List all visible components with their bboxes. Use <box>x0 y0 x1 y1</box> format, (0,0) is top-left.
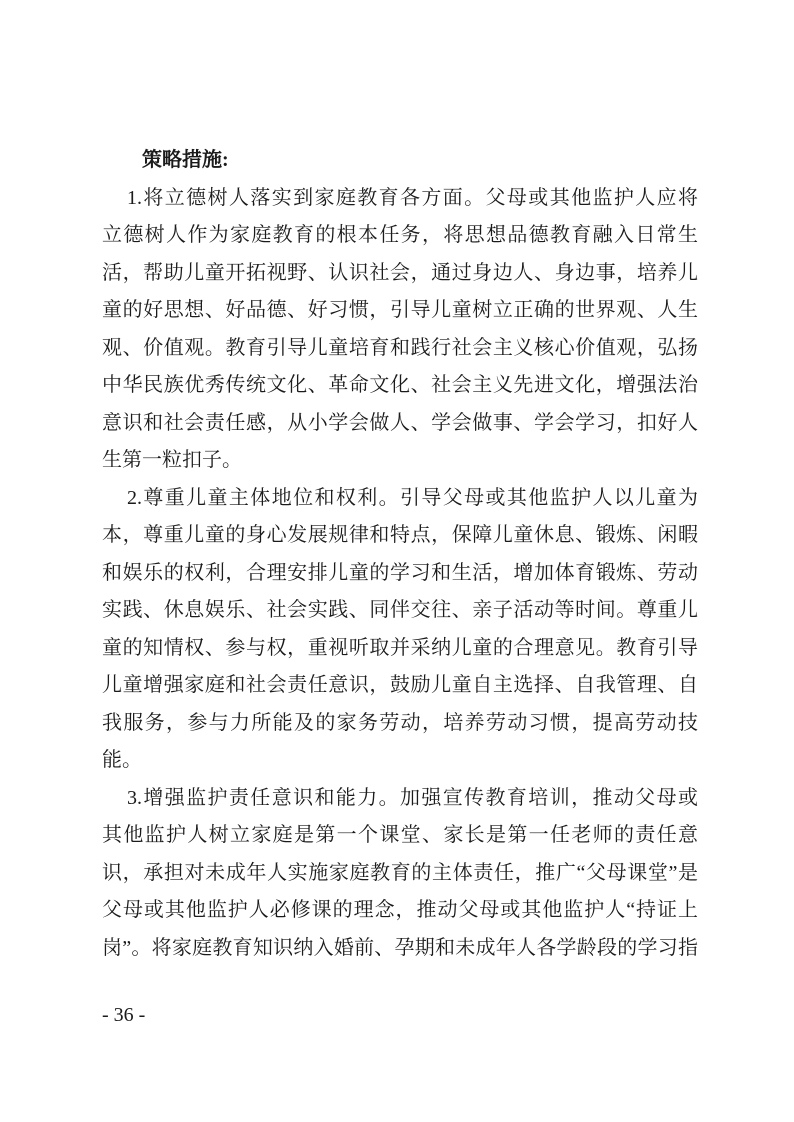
text-line: 其他监护人树立家庭是第一个课堂、家长是第一任老师的责任意 <box>102 817 698 855</box>
text-line: 父母或其他监护人必修课的理念，推动父母或其他监护人“持证上 <box>102 892 698 930</box>
text-line: 能。 <box>102 742 698 780</box>
text-line: 本，尊重儿童的身心发展规律和特点，保障儿童休息、锻炼、闲暇 <box>102 517 698 555</box>
text-line: 2.尊重儿童主体地位和权利。引导父母或其他监护人以儿童为 <box>102 480 698 518</box>
text-line: 生第一粒扣子。 <box>102 442 698 480</box>
paragraph: 2.尊重儿童主体地位和权利。引导父母或其他监护人以儿童为 本，尊重儿童的身心发展… <box>102 480 698 780</box>
text-line: 童的知情权、参与权，重视听取并采纳儿童的合理意见。教育引导 <box>102 630 698 668</box>
text-line: 活，帮助儿童开拓视野、认识社会，通过身边人、身边事，培养儿 <box>102 255 698 293</box>
text-line: 岗”。将家庭教育知识纳入婚前、孕期和未成年人各学龄段的学习指 <box>102 930 698 968</box>
text-line: 意识和社会责任感，从小学会做人、学会做事、学会学习，扣好人 <box>102 405 698 443</box>
page-number: - 36 - <box>102 1000 145 1030</box>
section-heading: 策略措施: <box>102 142 698 180</box>
document-body: 策略措施: 1.将立德树人落实到家庭教育各方面。父母或其他监护人应将 立德树人作… <box>102 142 698 967</box>
text-line: 儿童增强家庭和社会责任意识，鼓励儿童自主选择、自我管理、自 <box>102 667 698 705</box>
text-line: 中华民族优秀传统文化、革命文化、社会主义先进文化，增强法治 <box>102 367 698 405</box>
text-line: 实践、休息娱乐、社会实践、同伴交往、亲子活动等时间。尊重儿 <box>102 592 698 630</box>
text-line: 童的好思想、好品德、好习惯，引导儿童树立正确的世界观、人生 <box>102 292 698 330</box>
text-line: 3.增强监护责任意识和能力。加强宣传教育培训，推动父母或 <box>102 780 698 818</box>
text-line: 1.将立德树人落实到家庭教育各方面。父母或其他监护人应将 <box>102 180 698 218</box>
text-line: 我服务，参与力所能及的家务劳动，培养劳动习惯，提高劳动技 <box>102 705 698 743</box>
text-line: 立德树人作为家庭教育的根本任务，将思想品德教育融入日常生 <box>102 217 698 255</box>
text-line: 观、价值观。教育引导儿童培育和践行社会主义核心价值观，弘扬 <box>102 330 698 368</box>
document-page: 策略措施: 1.将立德树人落实到家庭教育各方面。父母或其他监护人应将 立德树人作… <box>0 0 794 1122</box>
text-line: 和娱乐的权利，合理安排儿童的学习和生活，增加体育锻炼、劳动 <box>102 555 698 593</box>
paragraph: 1.将立德树人落实到家庭教育各方面。父母或其他监护人应将 立德树人作为家庭教育的… <box>102 180 698 480</box>
text-line: 识，承担对未成年人实施家庭教育的主体责任，推广“父母课堂”是 <box>102 855 698 893</box>
paragraph: 3.增强监护责任意识和能力。加强宣传教育培训，推动父母或 其他监护人树立家庭是第… <box>102 780 698 968</box>
